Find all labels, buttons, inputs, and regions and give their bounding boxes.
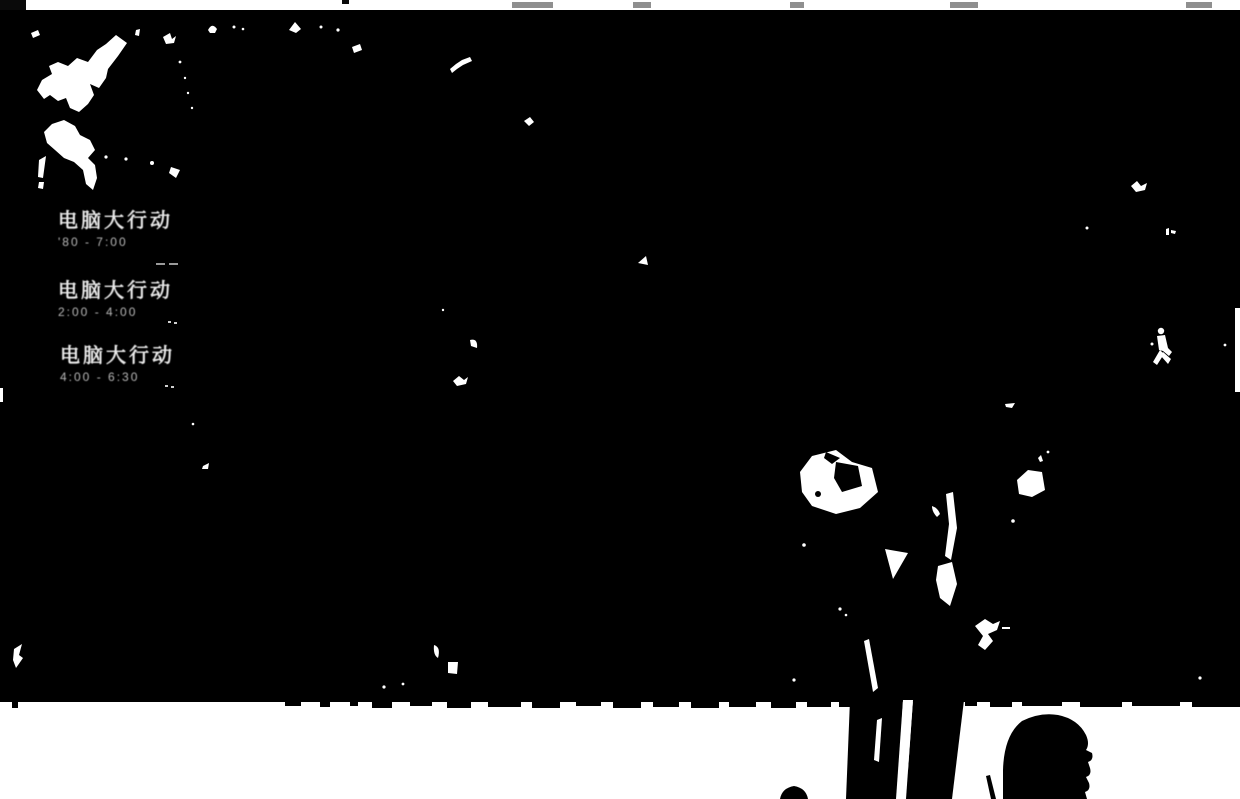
noise-speck [352, 44, 362, 53]
noise-speck [1166, 228, 1176, 235]
photo-shapes-layer [0, 0, 1240, 799]
noise-speck [191, 107, 193, 109]
noise-speck [845, 614, 848, 617]
noise-speck [320, 26, 323, 29]
screen-graphic-blob-icon [37, 35, 193, 190]
noise-speck [470, 340, 477, 348]
noise-speck [524, 117, 534, 126]
noise-speck [638, 256, 648, 265]
noise-speck [0, 388, 3, 402]
noise-speck [792, 678, 795, 681]
noise-speck [31, 30, 40, 38]
noise-speck [289, 22, 301, 33]
running-figure-icon [1151, 328, 1173, 365]
noise-speck [1224, 344, 1227, 347]
photo-right-edge-sliver [1235, 308, 1240, 392]
patent-photo-figure: 电脑大行动 '80 - 7:00 电脑大行动 2:00 - 4:00 电脑大行动… [0, 0, 1240, 799]
noise-speck [233, 26, 236, 29]
blob-lower [44, 120, 97, 190]
noise-speck [135, 29, 140, 36]
noise-speck [163, 33, 176, 44]
collar-highlight [885, 549, 908, 579]
noise-speck [187, 92, 189, 94]
presenter-right-leg [906, 700, 964, 799]
noise-speck [838, 607, 841, 610]
noise-speck [202, 463, 209, 469]
noise-speck [1086, 227, 1089, 230]
floor-silhouettes [780, 700, 1093, 799]
noise-speck [450, 57, 472, 73]
noise-speck [442, 309, 444, 311]
hand-highlight [975, 619, 1000, 650]
noise-speck [453, 376, 468, 386]
blob-upper [37, 35, 127, 112]
shoulder-streak [932, 506, 940, 517]
noise-speck [336, 28, 339, 31]
right-noise-specks [1086, 181, 1240, 680]
noise-speck [150, 161, 154, 165]
presenter-left-leg [846, 700, 903, 799]
noise-speck [802, 543, 806, 547]
presenter-silhouette [792, 450, 1049, 692]
noise-speck [448, 662, 458, 674]
noise-speck [179, 61, 182, 64]
arm-streak [945, 492, 957, 560]
noise-speck [434, 645, 439, 658]
audience-head-silhouette [1003, 714, 1093, 799]
second-card [1011, 451, 1049, 523]
noise-speck [184, 77, 186, 79]
floor-tick [949, 751, 952, 758]
blob-exclamation [38, 156, 46, 189]
noise-speck [192, 423, 195, 426]
noise-speck [13, 644, 23, 668]
screen-bottom-edge [12, 702, 1240, 708]
held-card [800, 450, 878, 514]
leg-streak [864, 639, 878, 692]
noise-speck [124, 157, 127, 160]
noise-speck [1131, 181, 1147, 192]
side-highlight [936, 562, 957, 606]
floor-line [986, 775, 996, 799]
noise-speck [1005, 403, 1015, 408]
noise-speck [1198, 676, 1201, 679]
noise-speck [382, 685, 385, 688]
noise-speck [1002, 627, 1010, 629]
noise-speck [402, 683, 405, 686]
noise-speck [104, 155, 107, 158]
floor-bump [780, 786, 808, 799]
noise-speck [208, 26, 217, 33]
noise-speck [169, 167, 180, 178]
noise-speck [242, 28, 245, 31]
